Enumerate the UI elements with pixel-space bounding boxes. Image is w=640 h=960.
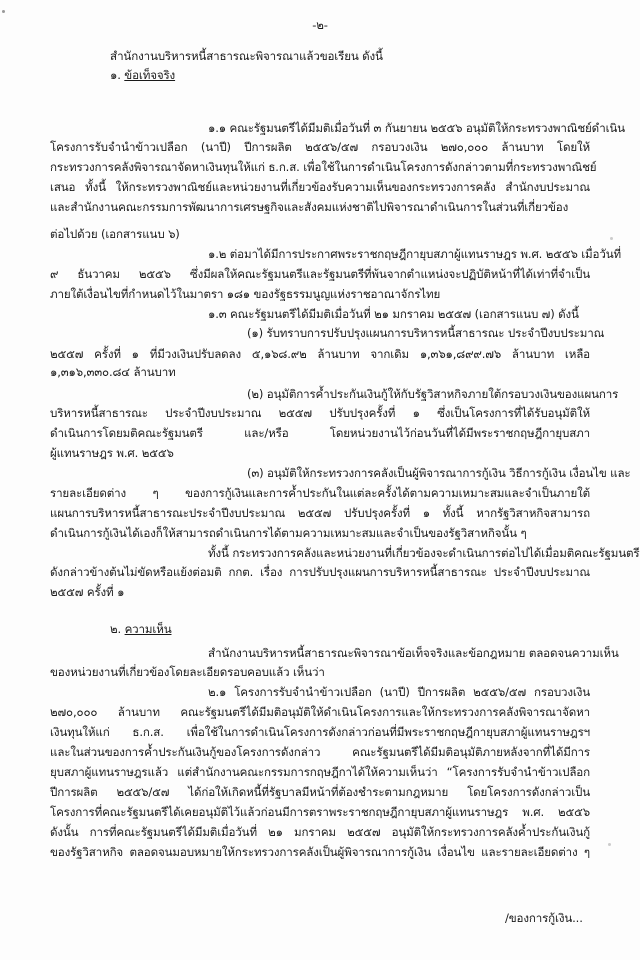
paragraph-line: สำนักงานบริหารหนี้สาธารณะพิจารณาข้อเท็จจ… [208,646,590,661]
document-page: -๒- สำนักงานบริหารหนี้สาธารณะพิจารณาแล้ว… [0,0,640,960]
paragraph-line: ผู้แทนราษฎร พ.ศ. ๒๕๕๖ [50,446,174,461]
scan-speck [608,843,611,846]
scan-speck [610,237,613,240]
paragraph-line: และในส่วนของการค้ำประกันเงินกู้ของโครงกา… [50,745,590,760]
section2-heading: ๒. ความเห็น [110,622,171,637]
paragraph-line: กระทรวงการคลังพิจารณาจัดหาเงินทุนให้แก่ … [50,160,590,175]
paragraph-line: ๒.๑ โครงการรับจำนำข้าวเปลือก (นาปี) ปีกา… [208,685,590,700]
paragraph-line: ๑,๓๑๖,๓๓๐.๘๔ ล้านบาท [50,365,176,380]
paragraph-line: ดำเนินการกู้เงินได้เองก็ให้สามารถดำเนินก… [50,526,527,541]
paragraph-line: ปีการผลิต ๒๕๕๖/๕๗ ได้ก่อให้เกิดหนี้ที่รั… [50,785,590,800]
paragraph-line: ทั้งนี้ กระทรวงการคลังและหน่วยงานที่เกี่… [208,546,590,561]
paragraph-line: ดังกล่าวข้างต้นไม่ขัดหรือแย้งต่อมติ กกต.… [50,565,590,580]
paragraph-line: รายละเอียดต่าง ๆ ของการกู้เงินและการค้ำป… [50,486,590,501]
section2-title: ความเห็น [125,622,172,636]
section2-number: ๒. [110,622,121,636]
paragraph-line: โครงการที่คณะรัฐมนตรีได้เคยอนุมัติไว้แล้… [50,805,590,820]
paragraph-line: ๒๕๕๗ ครั้งที่ ๑ [50,585,124,600]
section1-number: ๑. [110,68,121,82]
paragraph-line: ของรัฐวิสาหกิจ ตลอดจนมอบหมายให้กระทรวงกา… [50,845,590,860]
paragraph-line: ๑.๒ ต่อมาได้มีการประกาศพระราชกฤษฎีกายุบส… [208,247,590,262]
paragraph-line: เสนอ ทั้งนี้ ให้กระทรวงพาณิชย์และหน่วยงา… [50,180,590,195]
section1-heading: ๑. ข้อเท็จจริง [110,68,175,83]
paragraph-line: โครงการรับจำนำข้าวเปลือก (นาปี) ปีการผลิ… [50,140,590,155]
paragraph-line: ๙ ธันวาคม ๒๕๕๖ ซึ่งมีผลให้คณะรัฐมนตรีและ… [50,267,590,282]
paragraph-line: ดังนั้น การที่คณะรัฐมนตรีได้มีมติเมื่อวั… [50,825,590,840]
paragraph-line: แผนการบริหารหนี้สาธารณะประจำปีงบประมาณ ๒… [50,506,590,521]
page-number: -๒- [0,18,640,33]
paragraph-line: เงินทุนให้แก่ ธ.ก.ส. เพื่อใช้ในการดำเนิน… [50,725,590,740]
scan-speck [2,10,5,13]
continuation-marker: /ของการกู้เงิน... [505,911,583,926]
paragraph-line: บริหารหนี้สาธารณะ ประจำปีงบประมาณ ๒๕๕๗ ป… [50,406,590,421]
paragraph-line: ๑.๓ คณะรัฐมนตรีได้มีมติเมื่อวันที่ ๒๑ มก… [208,307,579,322]
paragraph-line: และสำนักงานคณะกรรมการพัฒนาการเศรษฐกิจและ… [50,200,590,215]
paragraph-line: ดำเนินการโดยมติคณะรัฐมนตรี และ/หรือ โดยห… [50,426,590,441]
paragraph-line: ของหน่วยงานที่เกี่ยวข้องโดยละเอียดรอบคอบ… [50,665,325,680]
paragraph-line: ต่อไปด้วย (เอกสารแนบ ๖) [50,227,180,242]
section1-title: ข้อเท็จจริง [124,68,175,82]
paragraph-line: (๒) อนุมัติการค้ำประกันเงินกู้ให้กับรัฐว… [247,387,590,402]
paragraph-line: (๓) อนุมัติให้กระทรวงการคลังเป็นผู้พิจาร… [247,466,590,481]
paragraph-line: ยุบสภาผู้แทนราษฎรแล้ว แต่สำนักงานคณะกรรม… [50,765,590,780]
paragraph-line: ๒๗๐,๐๐๐ ล้านบาท คณะรัฐมนตรีได้มีมติอนุมั… [50,705,590,720]
paragraph-line: ๑.๑ คณะรัฐมนตรีได้มีมติเมื่อวันที่ ๓ กัน… [208,121,590,136]
paragraph-line: (๑) รับทราบการปรับปรุงแผนการบริหารหนี้สา… [247,326,590,341]
paragraph-line: ๒๕๕๗ ครั้งที่ ๑ ที่มีวงเงินปรับลดลง ๕,๑๖… [50,347,590,362]
intro-text: สำนักงานบริหารหนี้สาธารณะพิจารณาแล้วขอเร… [110,49,383,64]
paragraph-line: ภายใต้เงื่อนไขที่กำหนดไว้ในมาตรา ๑๘๑ ของ… [50,287,440,302]
